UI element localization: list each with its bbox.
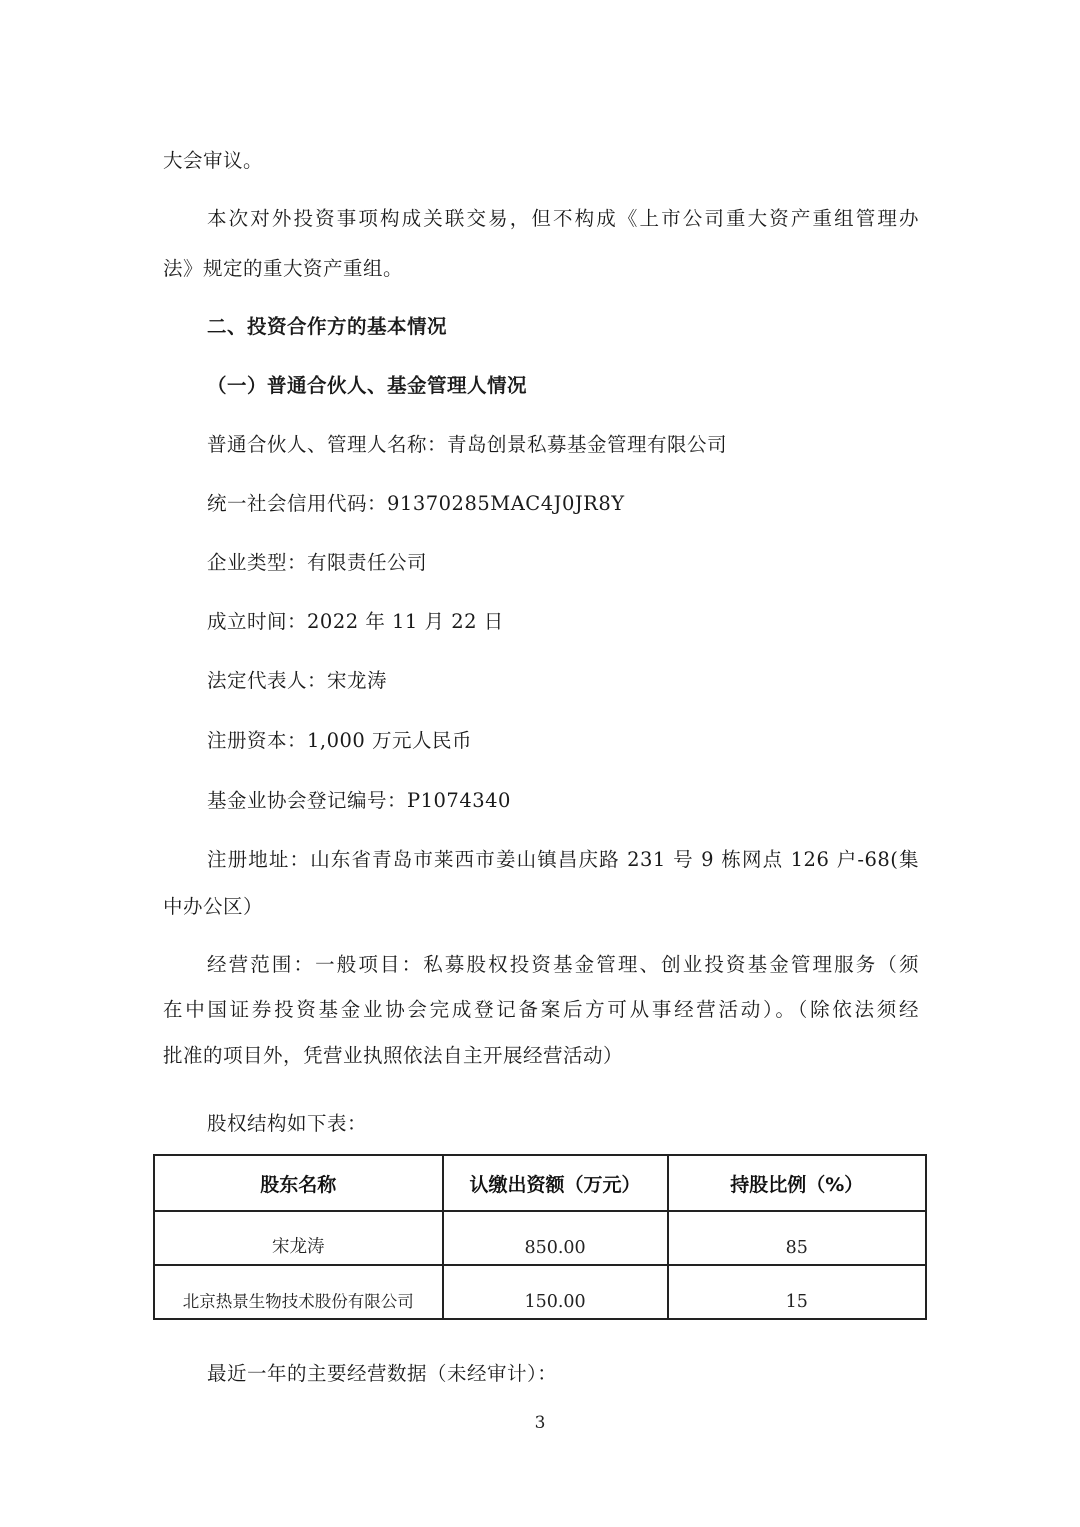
field-credit-code: 统一社会信用代码：91370285MAC4J0JR8Y (207, 490, 625, 518)
paragraph-related-transaction-line2: 法》规定的重大资产重组。 (163, 255, 403, 283)
cell-share-ratio: 85 (668, 1211, 926, 1265)
header-shareholder-name: 股东名称 (154, 1155, 443, 1211)
field-registered-capital: 注册资本：1,000 万元人民币 (207, 727, 472, 755)
table-row: 北京热景生物技术股份有限公司 150.00 15 (154, 1265, 926, 1319)
header-share-ratio: 持股比例（%） (668, 1155, 926, 1211)
field-address-line2: 中办公区） (163, 893, 263, 921)
table-header-row: 股东名称 认缴出资额（万元） 持股比例（%） (154, 1155, 926, 1211)
cell-share-ratio: 15 (668, 1265, 926, 1319)
subsection-heading: （一）普通合伙人、基金管理人情况 (207, 372, 527, 400)
table-intro: 股权结构如下表： (207, 1110, 367, 1138)
field-business-scope-line2: 在中国证券投资基金业协会完成登记备案后方可从事经营活动）。（除依法须经 (163, 996, 919, 1024)
field-address-line1: 注册地址：山东省青岛市莱西市姜山镇昌庆路 231 号 9 栋网点 126 户-6… (207, 846, 919, 874)
cell-subscribed-capital: 150.00 (443, 1265, 668, 1319)
section-heading: 二、投资合作方的基本情况 (207, 313, 447, 341)
field-company-type: 企业类型：有限责任公司 (207, 549, 427, 577)
header-subscribed-capital: 认缴出资额（万元） (443, 1155, 668, 1211)
field-business-scope-line1: 经营范围：一般项目：私募股权投资基金管理、创业投资基金管理服务（须 (207, 951, 919, 979)
cell-shareholder-name: 宋龙涛 (154, 1211, 443, 1265)
field-manager-name: 普通合伙人、管理人名称：青岛创景私募基金管理有限公司 (207, 431, 727, 459)
field-established-date: 成立时间：2022 年 11 月 22 日 (207, 608, 504, 636)
equity-structure-table: 股东名称 认缴出资额（万元） 持股比例（%） 宋龙涛 850.00 85 北京热… (153, 1154, 927, 1320)
field-legal-representative: 法定代表人：宋龙涛 (207, 667, 387, 695)
operating-data-intro: 最近一年的主要经营数据（未经审计）： (207, 1360, 557, 1388)
cell-subscribed-capital: 850.00 (443, 1211, 668, 1265)
paragraph-related-transaction-line1: 本次对外投资事项构成关联交易，但不构成《上市公司重大资产重组管理办 (207, 205, 919, 233)
cell-shareholder-name: 北京热景生物技术股份有限公司 (154, 1265, 443, 1319)
document-page: 大会审议。 本次对外投资事项构成关联交易，但不构成《上市公司重大资产重组管理办 … (0, 0, 1080, 1527)
page-number: 3 (0, 1413, 1080, 1433)
table-row: 宋龙涛 850.00 85 (154, 1211, 926, 1265)
field-business-scope-line3: 批准的项目外，凭营业执照依法自主开展经营活动） (163, 1042, 623, 1070)
paragraph-continuation: 大会审议。 (163, 147, 263, 175)
field-amac-registration: 基金业协会登记编号：P1074340 (207, 787, 511, 815)
